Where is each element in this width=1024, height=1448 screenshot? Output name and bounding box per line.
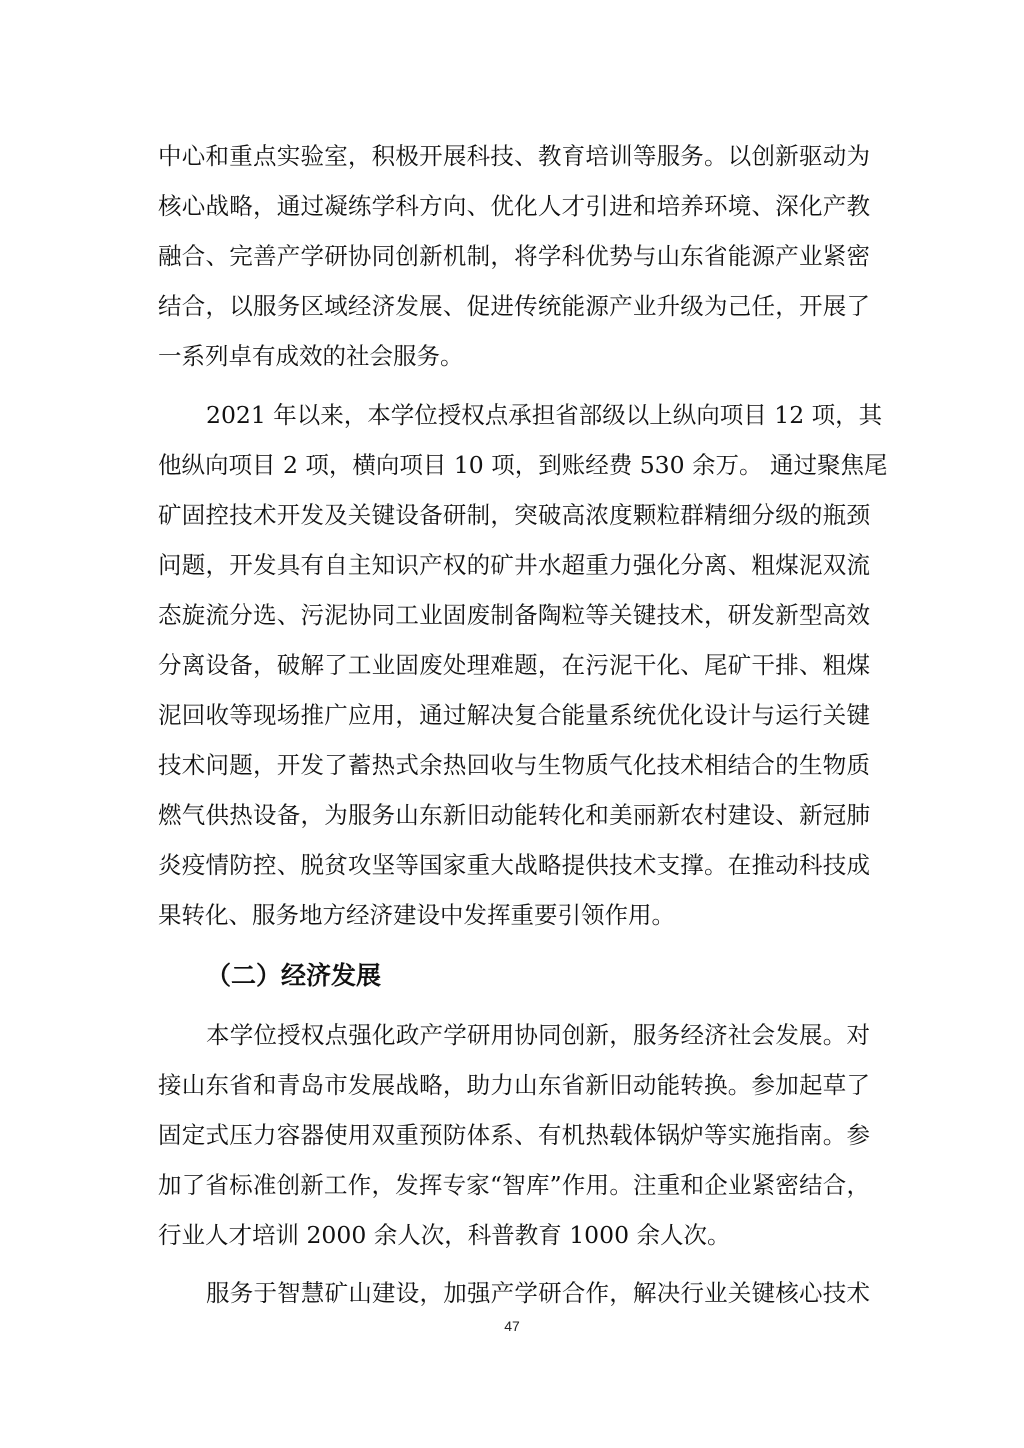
paragraph-2-line-3: 矿固控技术开发及关键设备研制，突破高浓度颗粒群精细分级的瓶颈 <box>158 497 870 533</box>
paragraph-2-line-5: 态旋流分选、污泥协同工业固废制备陶粒等关键技术，研发新型高效 <box>158 597 870 633</box>
paragraph-2-line-9: 燃气供热设备，为服务山东新旧动能转化和美丽新农村建设、新冠肺 <box>158 797 870 833</box>
paragraph-1-line-2: 核心战略，通过凝练学科方向、优化人才引进和培养环境、深化产教 <box>158 188 870 224</box>
section-heading-economic-development: （二）经济发展 <box>206 957 381 995</box>
document-page: 中心和重点实验室，积极开展科技、教育培训等服务。以创新驱动为 核心战略，通过凝练… <box>0 0 1024 1448</box>
paragraph-1-line-5: 一系列卓有成效的社会服务。 <box>158 338 870 374</box>
paragraph-2-line-7: 泥回收等现场推广应用，通过解决复合能量系统优化设计与运行关键 <box>158 697 870 733</box>
paragraph-2-line-2: 他纵向项目 2 项，横向项目 10 项，到账经费 530 余万。 通过聚焦尾 <box>158 447 870 483</box>
paragraph-2-line-6: 分离设备，破解了工业固废处理难题，在污泥干化、尾矿干排、粗煤 <box>158 647 870 683</box>
paragraph-4-line-1: 服务于智慧矿山建设，加强产学研合作，解决行业关键核心技术 <box>206 1275 870 1311</box>
paragraph-3-line-1: 本学位授权点强化政产学研用协同创新，服务经济社会发展。对 <box>206 1017 870 1053</box>
page-number: 47 <box>0 1318 1024 1334</box>
paragraph-3-line-4: 加了省标准创新工作，发挥专家“智库”作用。注重和企业紧密结合， <box>158 1167 870 1203</box>
paragraph-3-line-5: 行业人才培训 2000 余人次，科普教育 1000 余人次。 <box>158 1217 870 1253</box>
paragraph-1-line-4: 结合，以服务区域经济发展、促进传统能源产业升级为己任，开展了 <box>158 288 870 324</box>
paragraph-2-line-11: 果转化、服务地方经济建设中发挥重要引领作用。 <box>158 897 870 933</box>
paragraph-2-line-10: 炎疫情防控、脱贫攻坚等国家重大战略提供技术支撑。在推动科技成 <box>158 847 870 883</box>
paragraph-3-line-2: 接山东省和青岛市发展战略，助力山东省新旧动能转换。参加起草了 <box>158 1067 870 1103</box>
paragraph-2-line-4: 问题，开发具有自主知识产权的矿井水超重力强化分离、粗煤泥双流 <box>158 547 870 583</box>
paragraph-1-line-3: 融合、完善产学研协同创新机制，将学科优势与山东省能源产业紧密 <box>158 238 870 274</box>
paragraph-2-line-8: 技术问题，开发了蓄热式余热回收与生物质气化技术相结合的生物质 <box>158 747 870 783</box>
paragraph-2-line-1: 2021 年以来，本学位授权点承担省部级以上纵向项目 12 项，其 <box>206 397 870 433</box>
paragraph-3-line-3: 固定式压力容器使用双重预防体系、有机热载体锅炉等实施指南。参 <box>158 1117 870 1153</box>
paragraph-1-line-1: 中心和重点实验室，积极开展科技、教育培训等服务。以创新驱动为 <box>158 138 870 174</box>
